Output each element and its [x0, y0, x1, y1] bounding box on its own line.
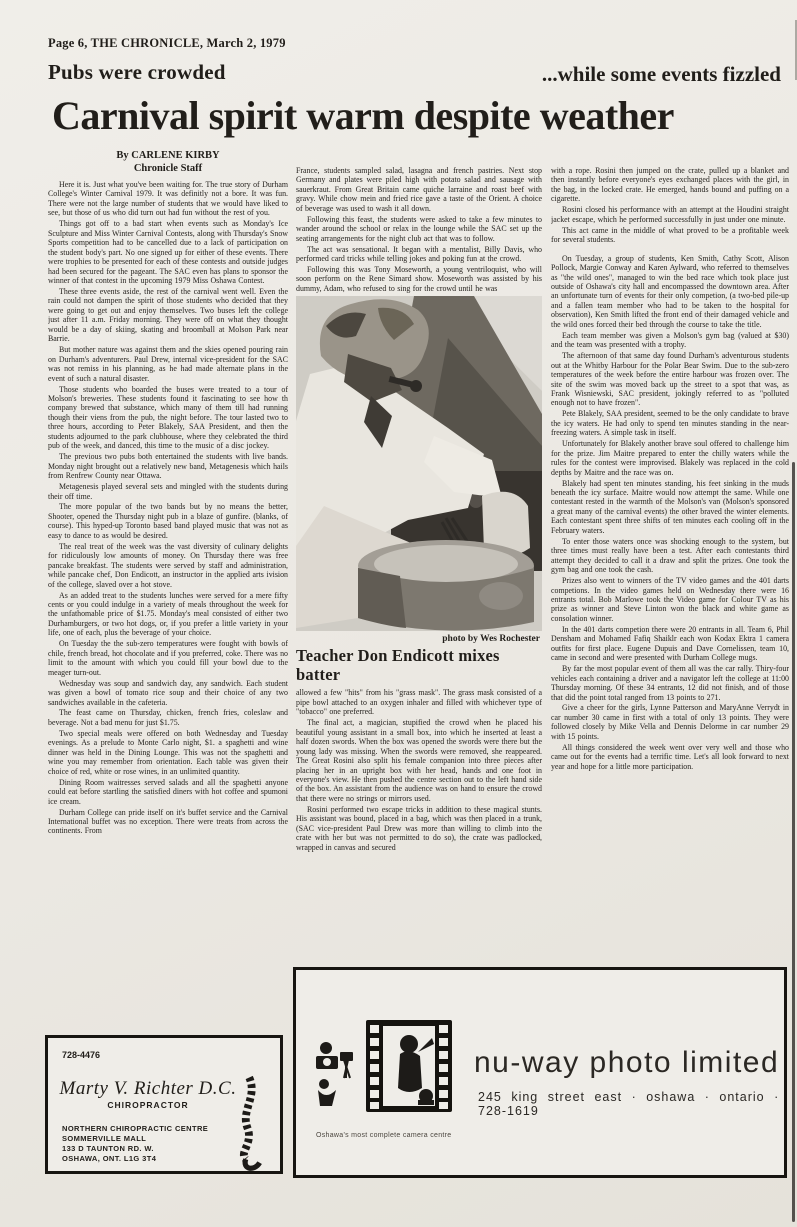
article-paragraph: Blakely had spent ten minutes standing, …: [551, 479, 789, 536]
article-paragraph: The act was sensational. It began with a…: [296, 245, 542, 264]
newspaper-page: Page 6, THE CHRONICLE, March 2, 1979 Pub…: [0, 0, 797, 1227]
address-line: SOMMERVILLE MALL: [62, 1134, 208, 1144]
chiropractor-phone: 728-4476: [62, 1050, 100, 1060]
article-paragraph: Dining Room waitresses served salads and…: [48, 778, 288, 806]
article-paragraph: The more popular of the two bands but by…: [48, 502, 288, 540]
article-paragraph: Unfortunately for Blakely another brave …: [551, 439, 789, 477]
film-strip-icon: [310, 1018, 470, 1131]
article-paragraph: The previous two pubs both entertained t…: [48, 452, 288, 480]
article-paragraph: Rosini closed his performance with an at…: [551, 205, 789, 224]
article-column-3: with a rope. Rosini then jumped on the c…: [551, 166, 789, 966]
photo-credit: photo by Wes Rochester: [296, 634, 540, 644]
article-paragraph: Rosini performed two escape tricks in ad…: [296, 805, 542, 852]
article-paragraph: These three events aside, the rest of th…: [48, 287, 288, 344]
article-paragraph: The feast came on Thursday, chicken, fre…: [48, 708, 288, 727]
article-paragraph: Give a cheer for the girls, Lynne Patter…: [551, 703, 789, 741]
kicker-right: ...while some events fizzled: [542, 62, 781, 87]
page-masthead: Page 6, THE CHRONICLE, March 2, 1979: [48, 36, 286, 51]
byline-author: By CARLENE KIRBY: [48, 150, 288, 163]
article-paragraph: This act came in the middle of what prov…: [551, 226, 789, 245]
kicker-left: Pubs were crowded: [48, 60, 226, 85]
main-headline: Carnival spirit warm despite weather: [52, 92, 792, 139]
column3-bottom-paragraphs: On Tuesday, a group of students, Ken Smi…: [551, 254, 789, 772]
article-paragraph: Prizes also went to winners of the TV vi…: [551, 576, 789, 623]
camera-doodles-icon: [316, 1042, 353, 1106]
article-paragraph: with a rope. Rosini then jumped on the c…: [551, 166, 789, 204]
article-paragraph: The real treat of the week was the vast …: [48, 542, 288, 589]
address-line: 133 D TAUNTON RD. W.: [62, 1144, 208, 1154]
byline: By CARLENE KIRBY Chronicle Staff: [48, 150, 288, 175]
article-paragraph: Each team member was given a Molson's gy…: [551, 331, 789, 350]
address-line: OSHAWA, ONT. L1G 3T4: [62, 1154, 208, 1164]
article-paragraph: The final act, a magician, stupified the…: [296, 718, 542, 803]
chiropractor-title: CHIROPRACTOR: [48, 1100, 248, 1110]
address-line: NORTHERN CHIROPRACTIC CENTRE: [62, 1124, 208, 1134]
page-edge-line: [792, 462, 795, 1222]
nuway-address: 245 king street east · oshawa · ontario …: [478, 1090, 784, 1118]
article-paragraph: Pete Blakely, SAA president, seemed to b…: [551, 409, 789, 437]
chiropractor-ad: 728-4476 Marty V. Richter D.C. CHIROPRAC…: [45, 1035, 283, 1174]
spine-icon: [222, 1074, 266, 1179]
column2-top-paragraphs: France, students sampled salad, lasagna …: [296, 166, 542, 293]
article-paragraph: Wednesday was soup and sandwich day, any…: [48, 679, 288, 707]
byline-org: Chronicle Staff: [48, 163, 288, 176]
column2-bottom-paragraphs: allowed a few "hits" from his "grass mas…: [296, 688, 542, 852]
photo-subhead: Teacher Don Endicott mixes batter: [296, 646, 542, 684]
batter-mixing-photo: [296, 296, 542, 631]
column3-top-paragraphs: with a rope. Rosini then jumped on the c…: [551, 166, 789, 245]
nuway-photo-ad: Oshawa's most complete camera centre nu-…: [293, 967, 787, 1178]
article-paragraph: By far the most popular event of them al…: [551, 664, 789, 702]
article-paragraph: Two special meals were offered on both W…: [48, 729, 288, 776]
article-paragraph: Those students who boarded the buses wer…: [48, 385, 288, 451]
article-paragraph: Metagenesis played several sets and ming…: [48, 482, 288, 501]
article-paragraph: In the 401 darts competion there were 20…: [551, 625, 789, 663]
article-paragraph: allowed a few "hits" from his "grass mas…: [296, 688, 542, 716]
article-paragraph: Following this was Tony Moseworth, a you…: [296, 265, 542, 293]
article-photo: [296, 296, 542, 631]
nuway-tagline: Oshawa's most complete camera centre: [316, 1132, 451, 1139]
article-column-1: By CARLENE KIRBY Chronicle Staff Here it…: [48, 150, 288, 1038]
article-paragraph: But mother nature was against them and t…: [48, 345, 288, 383]
article-paragraph: France, students sampled salad, lasagna …: [296, 166, 542, 213]
chiropractor-name: Marty V. Richter D.C.: [48, 1078, 248, 1100]
article-paragraph: Things got off to a bad start when event…: [48, 219, 288, 285]
article-column-2: France, students sampled salad, lasagna …: [296, 166, 542, 854]
article-paragraph: The afternoon of that same day found Dur…: [551, 351, 789, 408]
article-paragraph: All things considered the week went over…: [551, 743, 789, 771]
article-paragraph: On Tuesday, a group of students, Ken Smi…: [551, 254, 789, 330]
article-paragraph: Following this feast, the students were …: [296, 215, 542, 243]
article-paragraph: Here it is. Just what you've been waitin…: [48, 180, 288, 218]
chiropractor-address: NORTHERN CHIROPRACTIC CENTRE SOMMERVILLE…: [62, 1124, 208, 1164]
article-paragraph: Durham College can pride itself on it's …: [48, 808, 288, 836]
article-paragraph: As an added treat to the students lunche…: [48, 591, 288, 638]
article-paragraph: On Tuesday the the sub-zero temperatures…: [48, 639, 288, 677]
article-paragraph: To enter those waters once was shocking …: [551, 537, 789, 575]
nuway-name: nu-way photo limited: [474, 1046, 779, 1080]
column1-paragraphs: Here it is. Just what you've been waitin…: [48, 180, 288, 836]
